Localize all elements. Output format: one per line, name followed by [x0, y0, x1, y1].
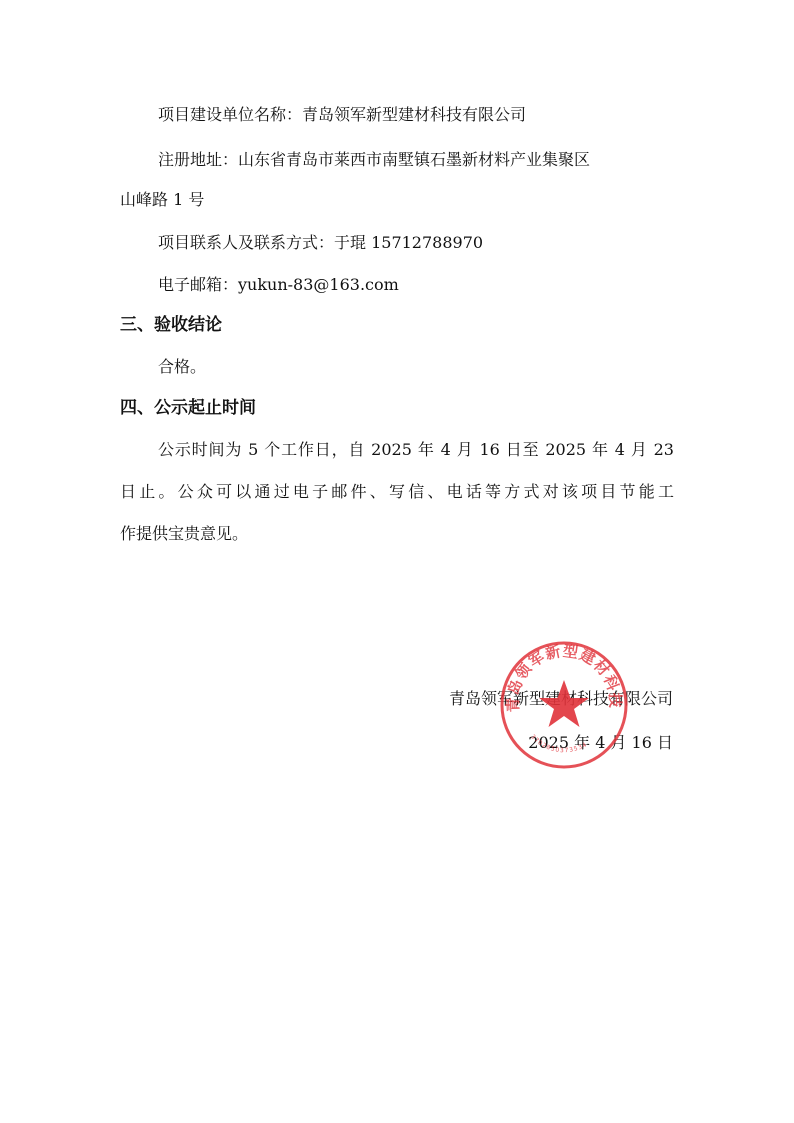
section-3-heading: 三、验收结论	[120, 315, 222, 335]
email-line: 电子邮箱：yukun-83@163.com	[158, 275, 399, 295]
section-3-body: 合格。	[158, 357, 206, 377]
section-4-line-3: 作提供宝贵意见。	[120, 524, 248, 544]
address-line-1: 注册地址：山东省青岛市莱西市南墅镇石墨新材料产业集聚区	[158, 150, 590, 170]
address-line-2: 山峰路 1 号	[120, 190, 204, 210]
unit-name-line: 项目建设单位名称：青岛领军新型建材科技有限公司	[158, 105, 526, 125]
section-4-heading: 四、公示起止时间	[120, 398, 256, 418]
contact-line: 项目联系人及联系方式：于琨 15712788970	[158, 233, 483, 253]
signature-company: 青岛领军新型建材科技有限公司	[449, 689, 673, 709]
section-4-line-1: 公示时间为 5 个工作日，自 2025 年 4 月 16 日至 2025 年 4…	[158, 440, 674, 460]
section-4-line-2: 日止。公众可以通过电子邮件、写信、电话等方式对该项目节能工	[120, 482, 674, 502]
signature-date: 2025 年 4 月 16 日	[528, 733, 673, 753]
